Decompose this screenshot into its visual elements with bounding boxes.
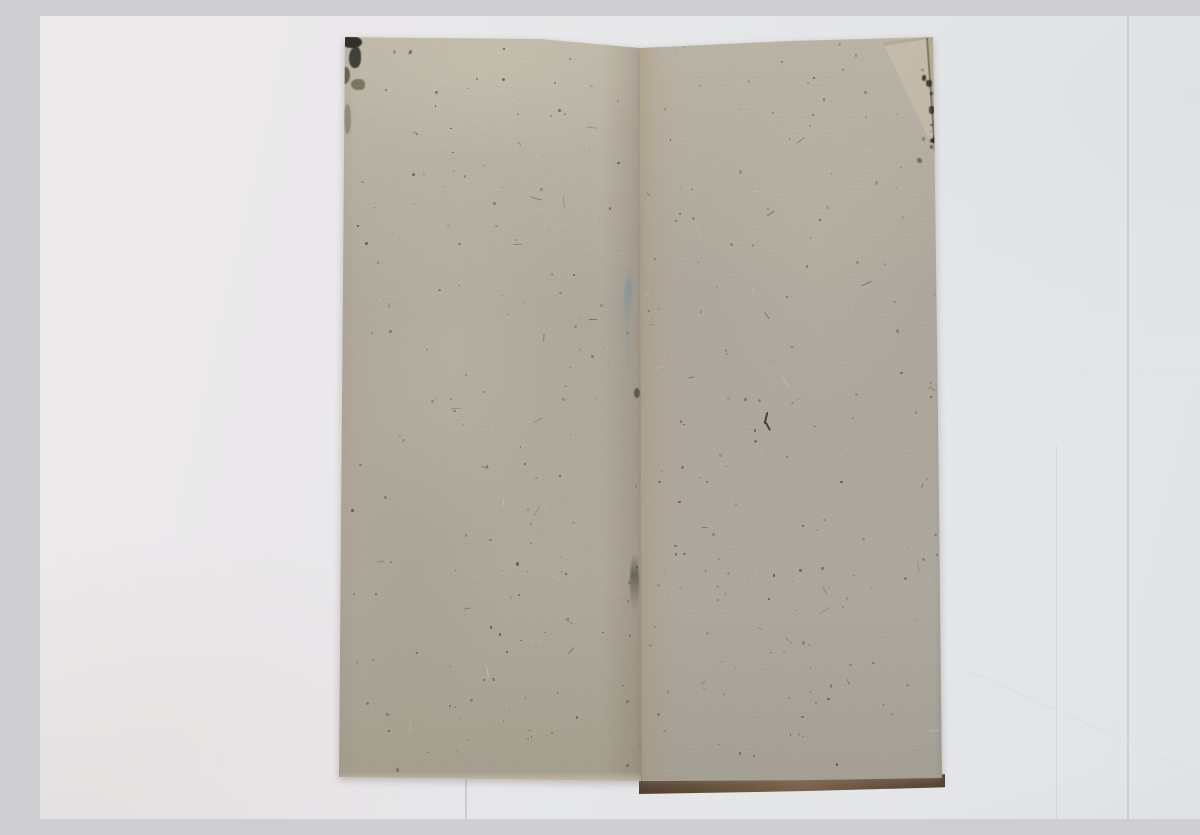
backdrop-seam-below-book: [465, 779, 467, 819]
right-page-top-edge: [637, 34, 946, 40]
backdrop-scratch: [942, 370, 1200, 374]
left-page-bottom-edge: [340, 772, 641, 782]
backdrop-seam-line-faint: [1056, 446, 1057, 819]
mould-stain-blob: [351, 79, 365, 90]
backdrop-scratch: [968, 670, 1197, 774]
backdrop-seam-line: [1127, 16, 1129, 819]
left-page: [337, 34, 644, 784]
right-page-speckles: [637, 34, 946, 794]
mould-stain-blob: [343, 36, 362, 48]
right-page-wrap: [637, 34, 946, 794]
mould-stain-smear: [344, 104, 351, 134]
right-page: [637, 34, 946, 794]
left-page-wrap: [337, 34, 644, 784]
backdrop-scratch: [96, 648, 305, 675]
mould-stain-blob: [349, 47, 361, 68]
photo-of-open-antique-book: [40, 16, 1200, 819]
left-page-speckles: [337, 34, 644, 784]
left-page-top-edge: [337, 34, 644, 40]
corner-stain-mottle: [917, 37, 940, 162]
fold-crease-line: [637, 34, 639, 794]
